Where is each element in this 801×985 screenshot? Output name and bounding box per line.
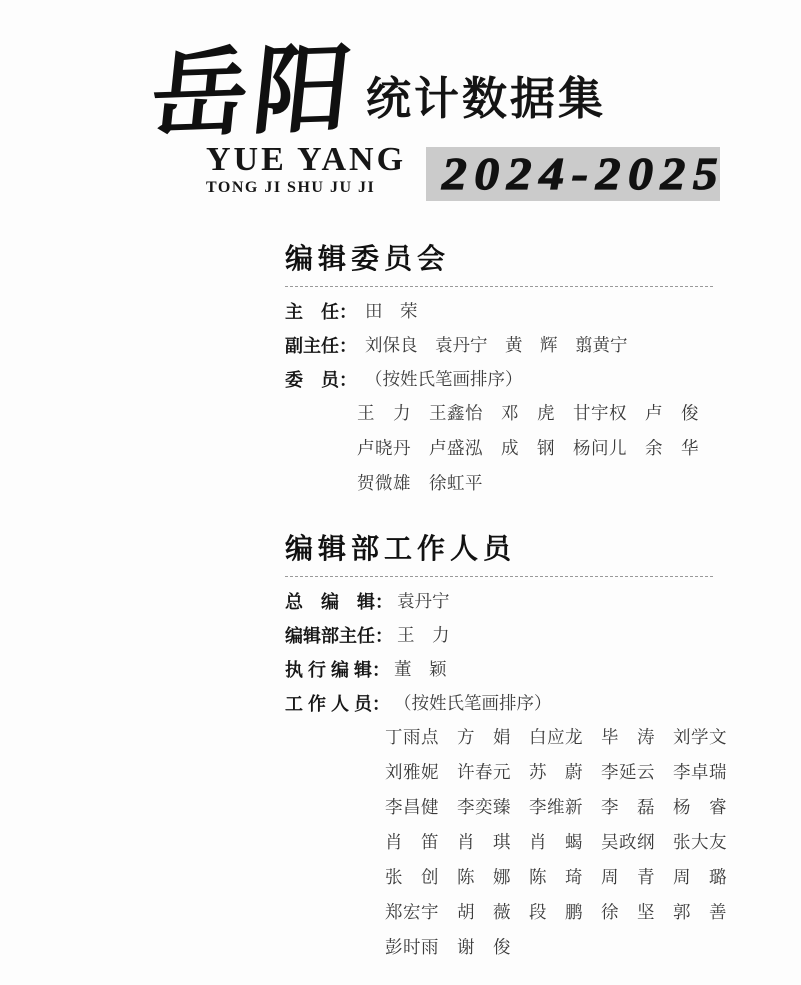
role-row: 副主任：刘保良 袁丹宁 黄 辉 翦黄宁 <box>285 336 713 356</box>
role-label: 编辑部主任： <box>285 627 393 646</box>
brand-title-suffix: 统计数据集 <box>366 62 606 127</box>
role-row: 工 作 人 员：（按姓氏笔画排序） <box>285 694 713 714</box>
role-row: 委 员：（按姓氏笔画排序） <box>285 370 713 390</box>
role-row: 执 行 编 辑：董 颖 <box>285 660 713 680</box>
edition-years: 2024-2025 <box>442 147 725 200</box>
role-label: 副主任： <box>285 337 361 356</box>
role-label: 主 任： <box>285 303 361 322</box>
staff-name-row: 丁雨点 方 娟 白应龙 毕 涛 刘学文 <box>385 728 713 747</box>
role-row: 编辑部主任：王 力 <box>285 626 713 646</box>
brand-pinyin: YUE YANG TONG JI SHU JU JI <box>206 141 406 198</box>
role-row: 总 编 辑：袁丹宁 <box>285 592 713 612</box>
masthead: 岳阳 统计数据集 <box>152 42 606 143</box>
dashed-divider <box>285 576 713 577</box>
role-names: （按姓氏笔画排序） <box>365 369 523 389</box>
staff-role-rows: 总 编 辑：袁丹宁 编辑部主任：王 力 执 行 编 辑：董 颖 工 作 人 员：… <box>285 592 713 714</box>
role-label: 总 编 辑： <box>285 593 393 612</box>
dashed-divider <box>285 286 713 287</box>
staff-name-row: 彭时雨 谢 俊 <box>385 938 713 957</box>
role-names: （按姓氏笔画排序） <box>394 693 552 713</box>
member-name-row: 贺微雄 徐虹平 <box>357 474 713 493</box>
role-names: 田 荣 <box>365 301 418 321</box>
role-label: 工 作 人 员： <box>285 695 390 714</box>
section-editorial-staff: 编辑部工作人员 总 编 辑：袁丹宁 编辑部主任：王 力 执 行 编 辑：董 颖 … <box>285 533 713 973</box>
role-names: 王 力 <box>397 625 450 645</box>
section-heading: 编辑部工作人员 <box>285 533 713 565</box>
committee-role-rows: 主 任：田 荣 副主任：刘保良 袁丹宁 黄 辉 翦黄宁 委 员：（按姓氏笔画排序… <box>285 302 713 390</box>
masthead-subtitle-row: YUE YANG TONG JI SHU JU JI 2024-2025 <box>206 141 720 201</box>
role-names: 董 颖 <box>394 659 447 679</box>
staff-name-row: 张 创 陈 娜 陈 琦 周 青 周 璐 <box>385 868 713 887</box>
book-credits-page: 岳阳 统计数据集 YUE YANG TONG JI SHU JU JI 2024… <box>0 0 801 985</box>
committee-member-rows: 王 力 王鑫怡 邓 虎 甘宇权 卢 俊卢晓丹 卢盛泓 成 钢 杨问儿 余 华贺微… <box>285 404 713 493</box>
member-name-row: 王 力 王鑫怡 邓 虎 甘宇权 卢 俊 <box>357 404 713 423</box>
member-name-row: 卢晓丹 卢盛泓 成 钢 杨问儿 余 华 <box>357 439 713 458</box>
role-names: 袁丹宁 <box>397 591 450 611</box>
staff-name-row: 李昌健 李奕臻 李维新 李 磊 杨 睿 <box>385 798 713 817</box>
role-row: 主 任：田 荣 <box>285 302 713 322</box>
role-label: 委 员： <box>285 371 361 390</box>
staff-name-row: 刘雅妮 许春元 苏 蔚 李延云 李卓瑞 <box>385 763 713 782</box>
brand-pinyin-line2: TONG JI SHU JU JI <box>206 178 406 197</box>
section-heading: 编辑委员会 <box>285 243 713 275</box>
role-names: 刘保良 袁丹宁 黄 辉 翦黄宁 <box>365 335 628 355</box>
edition-year-box: 2024-2025 <box>426 147 720 201</box>
brand-pinyin-line1: YUE YANG <box>206 141 406 178</box>
staff-name-row: 肖 笛 肖 琪 肖 蝎 吴政纲 张大友 <box>385 833 713 852</box>
brand-calligraphy-title: 岳阳 <box>146 38 362 146</box>
staff-name-rows: 丁雨点 方 娟 白应龙 毕 涛 刘学文刘雅妮 许春元 苏 蔚 李延云 李卓瑞李昌… <box>285 728 713 957</box>
staff-name-row: 郑宏宇 胡 薇 段 鹏 徐 坚 郭 善 <box>385 903 713 922</box>
role-label: 执 行 编 辑： <box>285 661 390 680</box>
section-editorial-committee: 编辑委员会 主 任：田 荣 副主任：刘保良 袁丹宁 黄 辉 翦黄宁 委 员：（按… <box>285 243 713 509</box>
